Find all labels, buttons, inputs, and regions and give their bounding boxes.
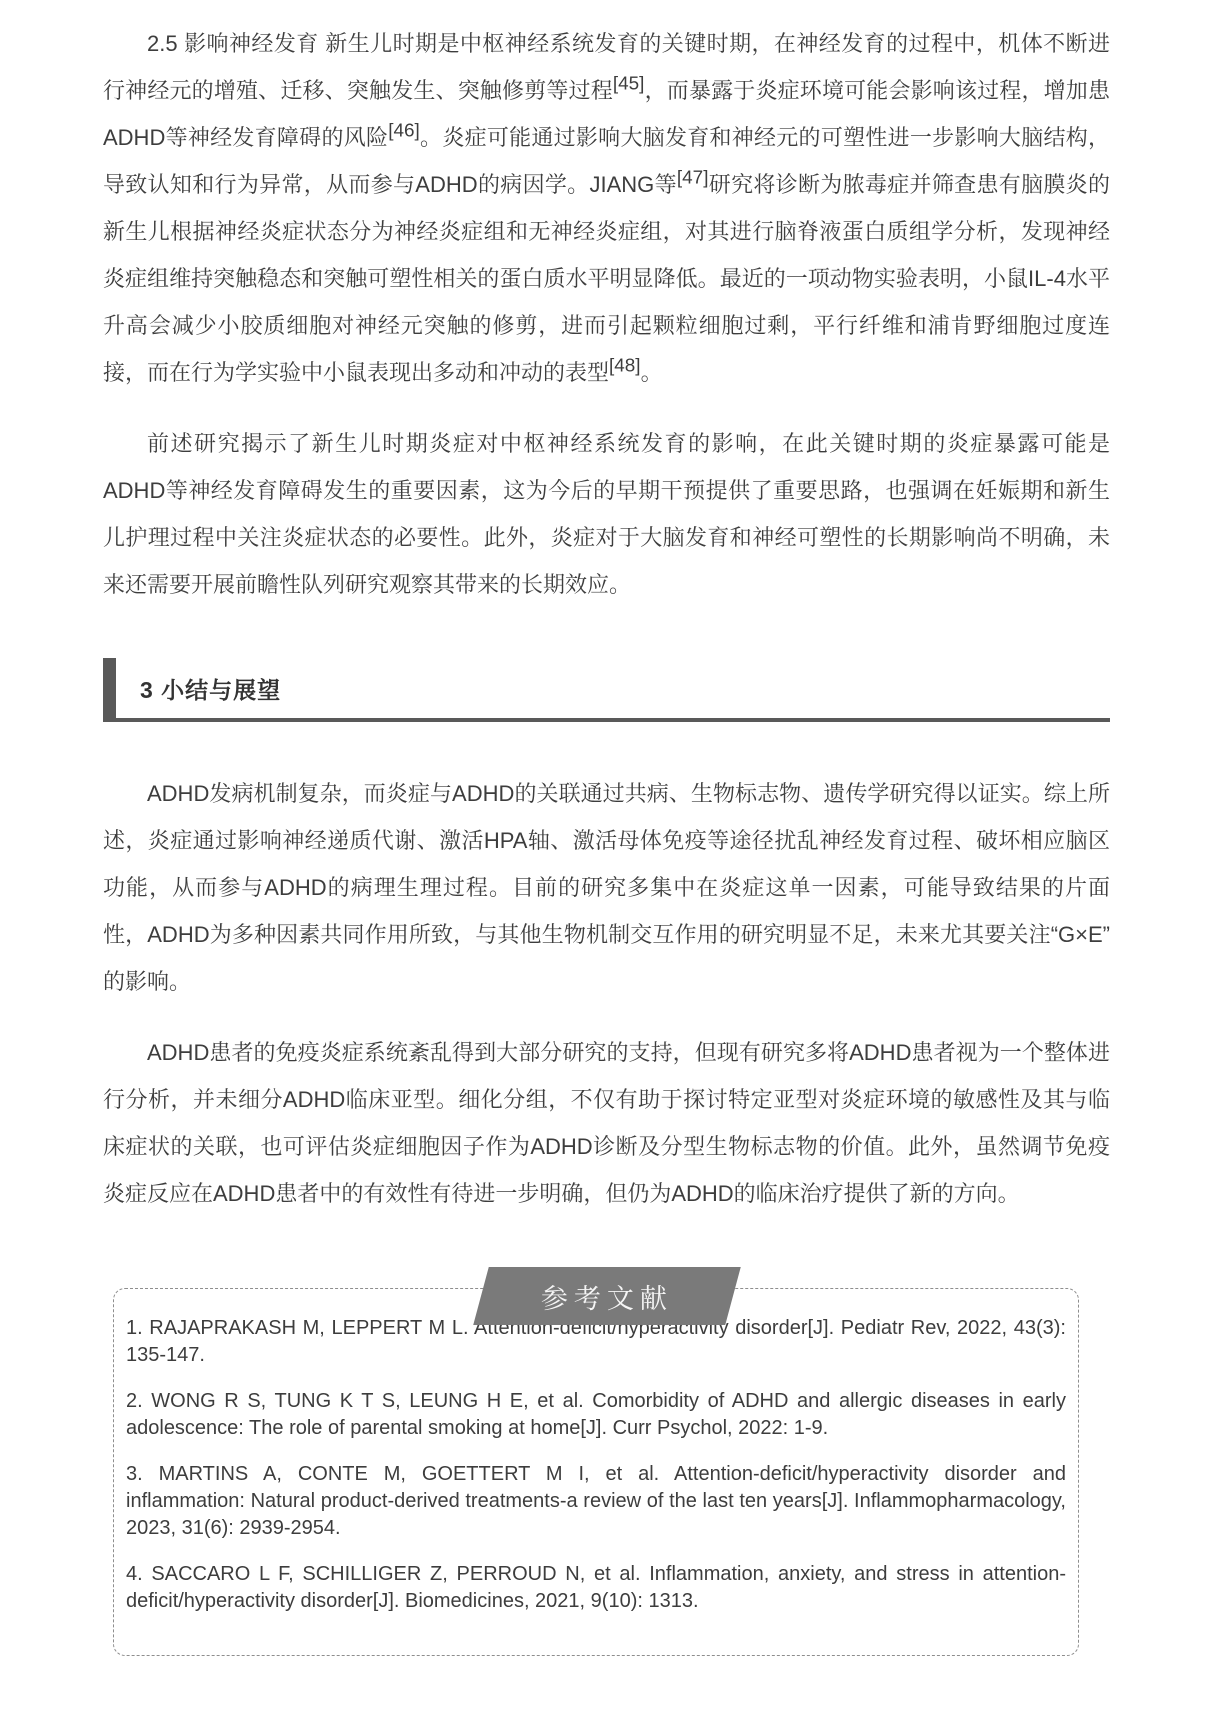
references-box: 1. RAJAPRAKASH M, LEPPERT M L. Attention…: [113, 1288, 1079, 1656]
paragraph-immune-dysregulation: ADHD患者的免疫炎症系统紊乱得到大部分研究的支持，但现有研究多将ADHD患者视…: [103, 1029, 1110, 1217]
paragraph-mechanism-complexity: ADHD发病机制复杂，而炎症与ADHD的关联通过共病、生物标志物、遗传学研究得以…: [103, 770, 1110, 1005]
reference-item-3: 3. MARTINS A, CONTE M, GOETTERT M I, et …: [126, 1461, 1066, 1542]
citation-48: [48]: [609, 356, 641, 377]
paragraph-text: ADHD患者的免疫炎症系统紊乱得到大部分研究的支持，但现有研究多将ADHD患者视…: [103, 1040, 1110, 1206]
paragraph-text: 。: [641, 360, 663, 385]
paragraph-text: ADHD发病机制复杂，而炎症与ADHD的关联通过共病、生物标志物、遗传学研究得以…: [103, 781, 1110, 994]
references-banner-label: 参考文献: [541, 1277, 673, 1316]
section-title: 3 小结与展望: [140, 672, 281, 705]
paragraph-text: 研究将诊断为脓毒症并筛查患有脑膜炎的新生儿根据神经炎症状态分为神经炎症组和无神经…: [103, 172, 1110, 385]
references-section: 参考文献 1. RAJAPRAKASH M, LEPPERT M L. Atte…: [103, 1267, 1110, 1656]
paragraph-text: 前述研究揭示了新生儿时期炎症对中枢神经系统发育的影响，在此关键时期的炎症暴露可能…: [103, 431, 1110, 597]
paragraph-neurodevelopment: 2.5 影响神经发育 新生儿时期是中枢神经系统发育的关键时期，在神经发育的过程中…: [103, 20, 1110, 396]
citation-47: [47]: [677, 168, 709, 189]
paper-page: 2.5 影响神经发育 新生儿时期是中枢神经系统发育的关键时期，在神经发育的过程中…: [0, 0, 1223, 1710]
paragraph-summary-of-findings: 前述研究揭示了新生儿时期炎症对中枢神经系统发育的影响，在此关键时期的炎症暴露可能…: [103, 420, 1110, 608]
reference-item-2: 2. WONG R S, TUNG K T S, LEUNG H E, et a…: [126, 1388, 1066, 1442]
citation-45: [45]: [613, 74, 645, 95]
references-banner: 参考文献: [473, 1267, 741, 1325]
heading-accent-bar: [103, 658, 116, 722]
citation-46: [46]: [388, 121, 420, 142]
reference-item-4: 4. SACCARO L F, SCHILLIGER Z, PERROUD N,…: [126, 1561, 1066, 1615]
section-heading-conclusion: 3 小结与展望: [103, 658, 1110, 722]
